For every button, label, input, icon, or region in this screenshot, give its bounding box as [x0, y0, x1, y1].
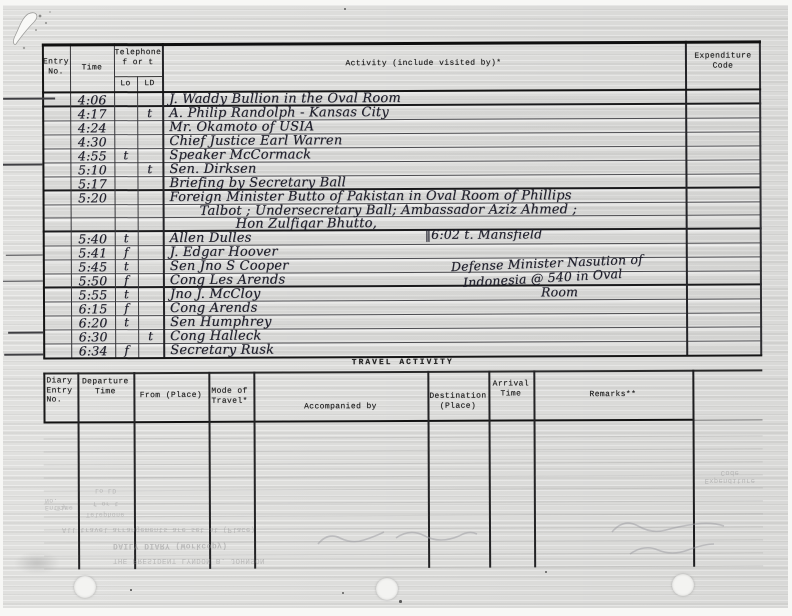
entry-cell: [42, 149, 70, 163]
telephone-lo-cell: [114, 135, 137, 149]
expenditure-cell: [686, 216, 762, 230]
header-ld: LD: [137, 79, 162, 89]
telephone-ld-cell: [137, 177, 162, 191]
rule-line-extension: [4, 354, 43, 356]
telephone-ld-cell: [137, 121, 162, 135]
expenditure-cell: [686, 188, 762, 202]
scan-speck: [545, 571, 547, 573]
punch-hole: [376, 578, 398, 600]
time-cell: 5:40: [71, 233, 115, 247]
travel-header-label: Accompanied by: [253, 402, 427, 412]
telephone-ld-cell: t: [137, 107, 162, 121]
telephone-lo-cell: [114, 93, 137, 107]
telephone-lo-cell: [115, 330, 138, 344]
telephone-lo-cell: t: [114, 149, 137, 163]
time-cell: 5:41: [71, 247, 115, 261]
telephone-ld-cell: [138, 288, 163, 302]
rule-line-extension: [2, 280, 43, 282]
time-cell: 5:20: [71, 191, 115, 205]
telephone-ld-cell: [138, 274, 163, 288]
expenditure-cell: [685, 118, 761, 132]
telephone-ld-cell: [138, 246, 163, 260]
header-lo: Lo: [114, 79, 137, 89]
telephone-lo-cell: f: [115, 274, 138, 288]
bleed-footnote: All travel arrangements are set at (Plac…: [62, 525, 255, 533]
entry-cell: [43, 219, 71, 233]
bleed-mini-label: f or t: [93, 500, 119, 507]
rule-line: [114, 76, 162, 77]
expenditure-cell: [686, 202, 762, 216]
time-cell: 4:17: [70, 107, 114, 121]
telephone-ld-cell: [138, 302, 163, 316]
rule-line: [43, 373, 45, 423]
expenditure-cell: [686, 286, 762, 300]
telephone-ld-cell: [138, 232, 163, 246]
travel-header-label: Remarks**: [533, 390, 692, 400]
entry-cell: [42, 163, 70, 177]
travel-header-label: From (Place): [133, 391, 208, 401]
time-cell: 4:55: [70, 149, 114, 163]
entry-cell: [43, 302, 71, 316]
travel-header-label: Arrival Time: [488, 379, 533, 398]
telephone-ld-cell: [138, 191, 163, 205]
time-cell: 5:45: [71, 260, 115, 274]
expenditure-cell: [685, 104, 761, 118]
travel-header-label: Mode of Travel*: [211, 387, 253, 406]
telephone-lo-cell: [114, 177, 137, 191]
scan-edge: [0, 608, 792, 616]
time-cell: 5:17: [70, 177, 114, 191]
entry-cell: [43, 205, 71, 219]
telephone-ld-cell: [137, 135, 162, 149]
telephone-lo-cell: [115, 219, 138, 233]
time-cell: 4:06: [70, 93, 114, 107]
header-telephone: Telephone f or t: [112, 48, 164, 67]
travel-header-row: Diary Entry No.Departure TimeFrom (Place…: [43, 371, 692, 423]
entry-cell: [42, 121, 70, 135]
expenditure-cell: [686, 258, 762, 272]
time-cell: 5:55: [71, 288, 115, 302]
telephone-lo-cell: t: [115, 260, 138, 274]
rule-line: [44, 474, 763, 478]
travel-header-cell: Mode of Travel*: [208, 373, 253, 422]
telephone-ld-cell: [138, 205, 163, 219]
telephone-ld-cell: [137, 149, 162, 163]
time-cell: [71, 205, 115, 219]
rule-line: [693, 419, 763, 420]
telephone-lo-cell: [114, 107, 137, 121]
diary-entries: 4:06J. Waddy Bullion in the Oval Room4:1…: [42, 90, 762, 358]
telephone-lo-cell: f: [115, 344, 138, 358]
scan-edge: [0, 0, 3, 616]
telephone-ld-cell: [138, 316, 163, 330]
expenditure-cell: [686, 230, 762, 244]
scan-smudge: [14, 552, 60, 574]
expenditure-cell: [685, 90, 761, 104]
entry-cell: [43, 261, 71, 275]
expenditure-cell: [685, 174, 761, 188]
header-entry-no: Entry No.: [42, 57, 70, 76]
handwriting-bleed: [300, 512, 780, 572]
activity-note: Room: [541, 285, 578, 299]
travel-header-label: Departure Time: [77, 377, 133, 396]
telephone-lo-cell: f: [115, 246, 138, 260]
time-cell: 6:34: [71, 344, 115, 358]
expenditure-cell: [686, 272, 762, 286]
scan-speck: [399, 600, 402, 603]
expenditure-cell: [686, 299, 762, 313]
entry-cell: [43, 316, 71, 330]
header-activity: Activity (include visited by)*: [162, 58, 685, 70]
bleed-expenditure: Expenditure Code: [695, 468, 765, 484]
scan-edge: [788, 0, 792, 616]
scanned-page: Entry No. Time Telephone f or t Lo LD Ac…: [0, 0, 792, 616]
bleed-mini-label: Entry No.: [45, 497, 67, 511]
expenditure-cell: [685, 160, 761, 174]
telephone-ld-cell: [138, 218, 163, 232]
time-cell: [71, 219, 115, 233]
entry-cell: [43, 289, 71, 303]
time-cell: 4:24: [70, 121, 114, 135]
rule-line: [42, 40, 761, 46]
telephone-ld-cell: t: [137, 163, 162, 177]
entry-cell: [43, 191, 71, 205]
entry-cell: [43, 275, 71, 289]
telephone-ld-cell: [138, 260, 163, 274]
rule-line: [44, 487, 763, 491]
rule-line: [44, 461, 763, 465]
rule-line: [44, 448, 763, 452]
expenditure-cell: [686, 341, 762, 355]
travel-header-cell: Destination (Place): [427, 372, 488, 421]
rule-line-extension: [6, 254, 43, 256]
entry-cell: [43, 233, 71, 247]
travel-header-cell: Diary Entry No.: [43, 373, 77, 422]
time-cell: 5:50: [71, 274, 115, 288]
telephone-lo-cell: t: [115, 233, 138, 247]
expenditure-cell: [686, 327, 762, 341]
travel-header-cell: Accompanied by: [253, 372, 427, 422]
bleed-mini-label: Telephone: [86, 511, 125, 518]
bleed-form-title: DAILY DIARY (Workcopy): [113, 541, 227, 550]
time-cell: 6:15: [71, 302, 115, 316]
activity-text: Talbot ; Undersecretary Ball; Ambassador…: [200, 202, 578, 219]
telephone-ld-cell: [138, 344, 163, 358]
expenditure-cell: [685, 132, 761, 146]
entry-cell: [43, 247, 71, 261]
telephone-lo-cell: f: [115, 302, 138, 316]
telephone-lo-cell: [114, 121, 137, 135]
telephone-lo-cell: [114, 163, 137, 177]
entry-cell: [42, 107, 70, 121]
travel-header-label: Diary Entry No.: [46, 376, 77, 405]
time-cell: 4:30: [70, 135, 114, 149]
activity-note: ‖6:02 t. Mansfield: [425, 228, 543, 242]
telephone-lo-cell: t: [115, 288, 138, 302]
rule-line: [44, 500, 763, 504]
activity-text: Cong Les Arends: [170, 273, 285, 289]
scan-speck: [342, 592, 344, 594]
scan-speck: [130, 589, 132, 591]
punch-hole: [672, 574, 694, 596]
telephone-ld-cell: t: [138, 330, 163, 344]
rule-line: [44, 435, 763, 439]
activity-text: Hon Zulfiqar Bhutto,: [236, 217, 377, 233]
expenditure-cell: [685, 146, 761, 160]
entry-cell: [43, 344, 71, 358]
entry-cell: [42, 93, 70, 107]
entry-cell: [42, 135, 70, 149]
header-expenditure: Expenditure Code: [685, 51, 761, 70]
expenditure-cell: [686, 313, 762, 327]
travel-header-label: Destination (Place): [427, 392, 488, 411]
travel-header-cell: Departure Time: [77, 373, 133, 422]
travel-header-cell: Remarks**: [533, 371, 692, 421]
bleed-mini-label: Lo LD: [95, 487, 117, 494]
entry-cell: [42, 177, 70, 191]
telephone-ld-cell: [137, 93, 162, 107]
telephone-lo-cell: t: [115, 316, 138, 330]
expenditure-cell: [686, 244, 762, 258]
travel-header-cell: From (Place): [133, 373, 208, 422]
entry-cell: [43, 330, 71, 344]
activity-text: Secretary Rusk: [170, 342, 274, 357]
bleed-form-subtitle: THE PRESIDENT LYNDON B. JOHNSON: [113, 556, 265, 564]
rule-line-extension: [3, 98, 55, 100]
telephone-lo-cell: [115, 205, 138, 219]
rule-line-extension: [8, 332, 43, 334]
header-time: Time: [70, 63, 114, 73]
time-cell: 6:30: [71, 330, 115, 344]
time-cell: 6:20: [71, 316, 115, 330]
rule-line-extension: [0, 164, 42, 166]
telephone-lo-cell: [115, 191, 138, 205]
scan-edge: [0, 0, 792, 5]
punch-hole: [74, 576, 96, 598]
travel-header-cell: Arrival Time: [488, 371, 533, 420]
time-cell: 5:10: [70, 163, 114, 177]
